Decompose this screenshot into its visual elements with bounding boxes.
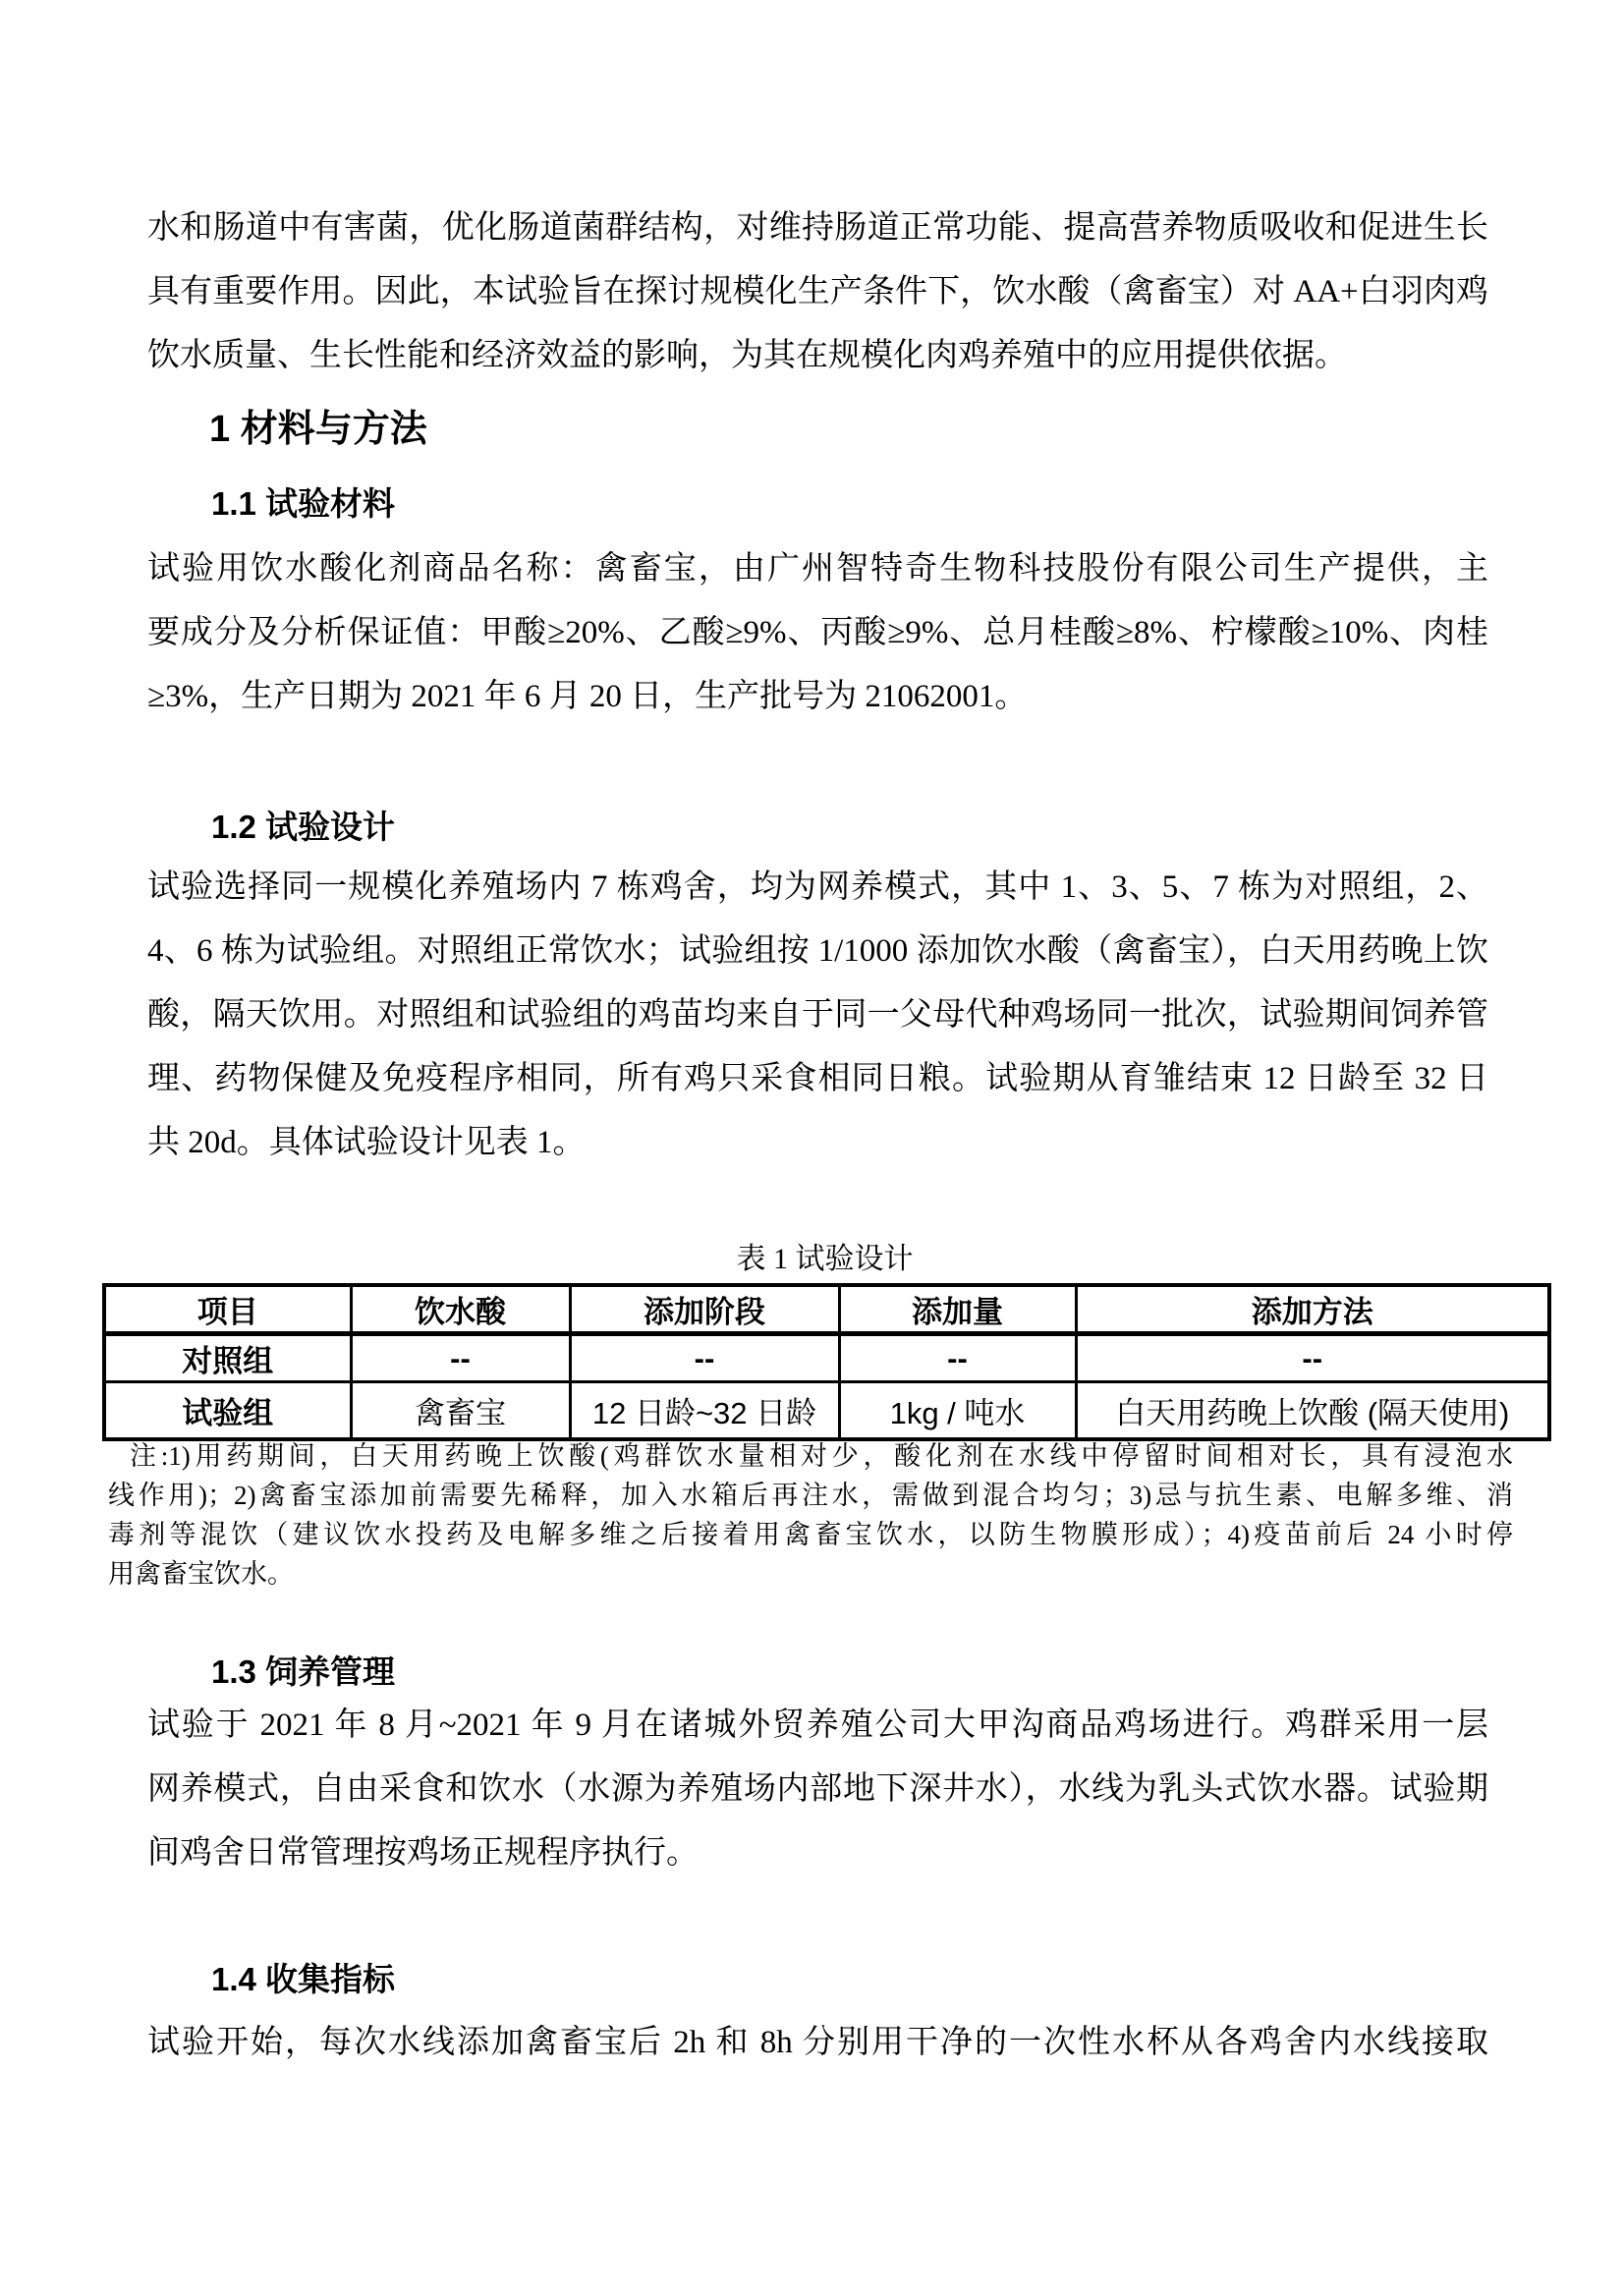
table-cell: 禽畜宝 [351,1382,570,1439]
text-line: 试验用饮水酸化剂商品名称：禽畜宝，由广州智特奇生物科技股份有限公司生产提供，主 [147,537,1488,601]
table-cell: -- [839,1334,1076,1382]
table-cell: -- [570,1334,839,1382]
table-header-cell: 项目 [104,1285,351,1334]
document-page: { "intro": { "lines": [ "水和肠道中有害菌，优化肠道菌群… [0,0,1624,2296]
text-line: 网养模式，自由采食和饮水（水源为养殖场内部地下深井水），水线为乳头式饮水器。试验… [147,1758,1488,1821]
intro-paragraph: 水和肠道中有害菌，优化肠道菌群结构，对维持肠道正常功能、提高营养物质吸收和促进生… [147,196,1488,388]
text-line: 共 20d。具体试验设计见表 1。 [147,1111,1488,1175]
table-cell: 12 日龄~32 日龄 [570,1382,839,1439]
text-line: 酸，隔天饮用。对照组和试验组的鸡苗均来自于同一父母代种鸡场同一批次，试验期间饲养… [147,983,1488,1047]
section-1-3-paragraph: 试验于 2021 年 8 月~2021 年 9 月在诸城外贸养殖公司大甲沟商品鸡… [147,1694,1488,1885]
text-line: 线作用)；2)禽畜宝添加前需要先稀释，加入水箱后再注水，需做到混合均匀；3)忌与… [108,1476,1513,1515]
text-line: 注:1)用药期间，白天用药晚上饮酸(鸡群饮水量相对少，酸化剂在水线中停留时间相对… [108,1436,1513,1476]
section-1-4-paragraph: 试验开始，每次水线添加禽畜宝后 2h 和 8h 分别用干净的一次性水杯从各鸡舍内… [147,2011,1488,2075]
table-cell: 对照组 [104,1334,351,1382]
table-cell: 1kg / 吨水 [839,1382,1076,1439]
table-cell: 白天用药晚上饮酸 (隔天使用) [1076,1382,1549,1439]
text-line: 用禽畜宝饮水。 [108,1554,1513,1594]
table-row: 对照组 -- -- -- -- [104,1334,1549,1382]
table-header-cell: 添加量 [839,1285,1076,1334]
text-line: 饮水质量、生长性能和经济效益的影响，为其在规模化肉鸡养殖中的应用提供依据。 [147,324,1488,388]
table-footnote: 注:1)用药期间，白天用药晚上饮酸(鸡群饮水量相对少，酸化剂在水线中停留时间相对… [108,1436,1513,1594]
table-header-row: 项目 饮水酸 添加阶段 添加量 添加方法 [104,1285,1549,1334]
section-1-1-paragraph: 试验用饮水酸化剂商品名称：禽畜宝，由广州智特奇生物科技股份有限公司生产提供，主 … [147,537,1488,729]
text-line: ≥3%，生产日期为 2021 年 6 月 20 日，生产批号为 21062001… [147,665,1488,729]
text-line: 要成分及分析保证值：甲酸≥20%、乙酸≥9%、丙酸≥9%、总月桂酸≥8%、柠檬酸… [147,601,1488,665]
text-line: 理、药物保健及免疫程序相同，所有鸡只采食相同日粮。试验期从育雏结束 12 日龄至… [147,1047,1488,1111]
text-line: 毒剂等混饮（建议饮水投药及电解多维之后接着用禽畜宝饮水，以防生物膜形成）；4)疫… [108,1515,1513,1554]
table-cell: 试验组 [104,1382,351,1439]
table-cell: -- [1076,1334,1549,1382]
section-heading-1-3: 1.3 饲养管理 [211,1652,395,1693]
text-line: 间鸡舍日常管理按鸡场正规程序执行。 [147,1821,1488,1885]
table-caption: 表 1 试验设计 [102,1242,1547,1277]
text-line: 水和肠道中有害菌，优化肠道菌群结构，对维持肠道正常功能、提高营养物质吸收和促进生… [147,196,1488,260]
table-header-cell: 添加阶段 [570,1285,839,1334]
text-line: 试验开始，每次水线添加禽畜宝后 2h 和 8h 分别用干净的一次性水杯从各鸡舍内… [147,2011,1488,2075]
section-heading-1-4: 1.4 收集指标 [211,1959,395,2000]
text-line: 具有重要作用。因此，本试验旨在探讨规模化生产条件下，饮水酸（禽畜宝）对 AA+白… [147,260,1488,324]
table-row: 试验组 禽畜宝 12 日龄~32 日龄 1kg / 吨水 白天用药晚上饮酸 (隔… [104,1382,1549,1439]
experiment-design-table: 项目 饮水酸 添加阶段 添加量 添加方法 对照组 -- -- -- -- 试验组… [102,1283,1551,1441]
section-heading-1-2: 1.2 试验设计 [211,807,395,848]
text-line: 试验选择同一规模化养殖场内 7 栋鸡舍，均为网养模式，其中 1、3、5、7 栋为… [147,856,1488,920]
section-1-2-paragraph: 试验选择同一规模化养殖场内 7 栋鸡舍，均为网养模式，其中 1、3、5、7 栋为… [147,856,1488,1175]
table-cell: -- [351,1334,570,1382]
text-line: 4、6 栋为试验组。对照组正常饮水；试验组按 1/1000 添加饮水酸（禽畜宝）… [147,920,1488,983]
section-heading-1-1: 1.1 试验材料 [211,483,395,525]
text-line: 试验于 2021 年 8 月~2021 年 9 月在诸城外贸养殖公司大甲沟商品鸡… [147,1694,1488,1758]
section-heading-1: 1 材料与方法 [209,406,427,453]
table-header-cell: 饮水酸 [351,1285,570,1334]
table-header-cell: 添加方法 [1076,1285,1549,1334]
